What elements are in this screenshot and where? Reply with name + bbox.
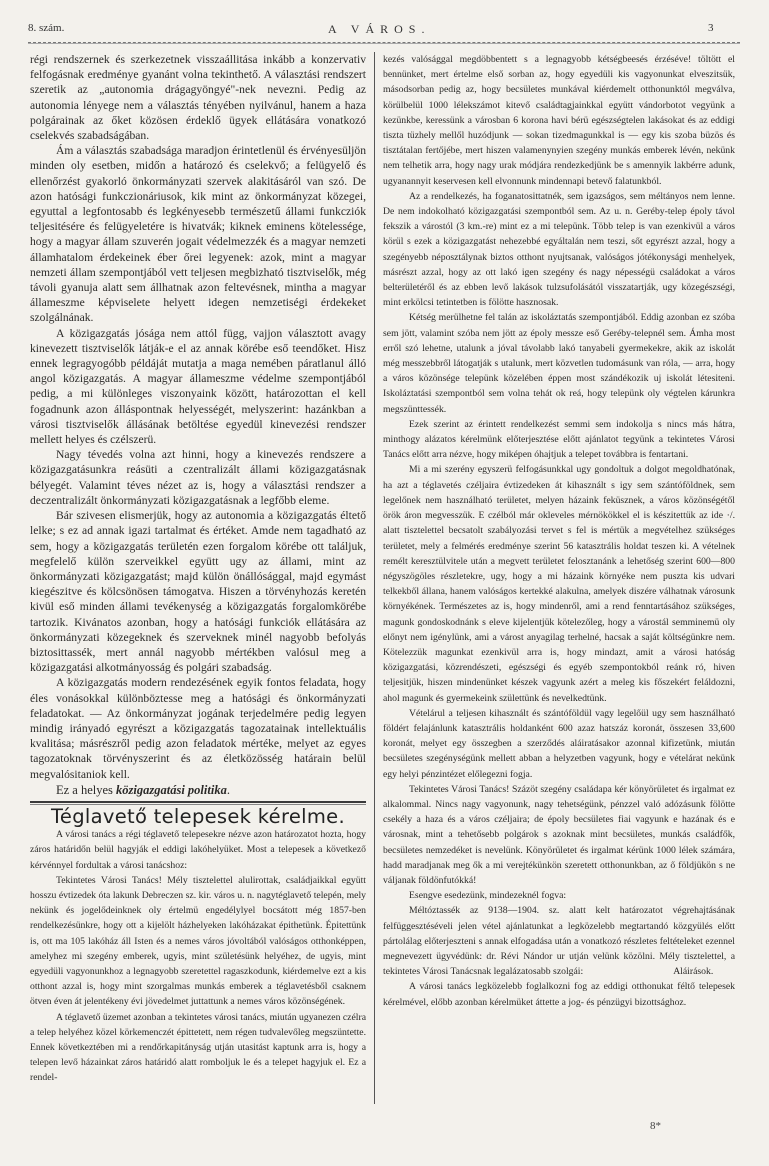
column-divider — [374, 52, 375, 1104]
section-divider — [30, 801, 366, 803]
paragraph: A közigazgatás jósága nem attól függ, va… — [30, 326, 366, 448]
paragraph: Kétség merülhetne fel talán az iskolázta… — [383, 310, 735, 416]
right-column: kezés valósággal megdöbbentett s a legna… — [383, 52, 735, 1010]
paragraph: régi rendszernek és szerkezetnek visszaá… — [30, 52, 366, 143]
closing-prefix: Ez a helyes — [56, 783, 116, 797]
left-column: régi rendszernek és szerkezetnek visszaá… — [30, 52, 366, 1086]
paragraph: Az a rendelkezés, ha foganatosittatnék, … — [383, 189, 735, 311]
paragraph: Tekintetes Városi Tanács! Mély tisztelet… — [30, 873, 366, 1010]
paragraph: Mi a mi szerény egyszerü felfogásunkkal … — [383, 462, 735, 705]
header-rule-underline — [28, 43, 740, 44]
paragraph: Ám a választás szabadsága maradjon érint… — [30, 143, 366, 325]
signature-mark: 8* — [650, 1120, 661, 1132]
signatures-label: Aláirások. — [673, 964, 713, 979]
paragraph: Esengve esedezünk, mindezeknél fogva: — [383, 888, 735, 903]
paragraph: Ezek szerint az érintett rendelkezést se… — [383, 417, 735, 463]
closing-emphasis: közigazgatási politika — [116, 783, 227, 797]
newspaper-title: A VÁROS. — [328, 22, 430, 37]
paragraph: kezés valósággal megdöbbentett s a legna… — [383, 52, 735, 189]
paragraph: Bár szivesen elismerjük, hogy az autonom… — [30, 508, 366, 675]
paragraph: Nagy tévedés volna azt hinni, hogy a kin… — [30, 447, 366, 508]
closing-line: Ez a helyes közigazgatási politika. — [30, 783, 366, 798]
paragraph: Vételárul a teljesen kihasznált és szánt… — [383, 706, 735, 782]
article-body-left: A városi tanács a régi téglavető telepes… — [30, 827, 366, 1085]
paragraph: A téglavető üzemet azonban a tekintetes … — [30, 1010, 366, 1086]
paragraph: Méltóztassék az 9138—1904. sz. alatt kel… — [383, 903, 735, 979]
closing-note: A városi tanács legközelebb foglalkozni … — [383, 979, 735, 1009]
paragraph: A közigazgatás modern rendezésének egyik… — [30, 675, 366, 781]
closing-suffix: . — [227, 783, 230, 797]
issue-number: 8. szám. — [28, 22, 64, 34]
paragraph: Tekintetes Városi Tanács! Százöt szegény… — [383, 782, 735, 888]
page-header: 8. szám. A VÁROS. 3 — [28, 22, 748, 40]
paragraph: A városi tanács a régi téglavető telepes… — [30, 827, 366, 873]
page-number: 3 — [708, 22, 714, 34]
article-title: Téglavető telepesek kérelme. — [30, 809, 366, 824]
